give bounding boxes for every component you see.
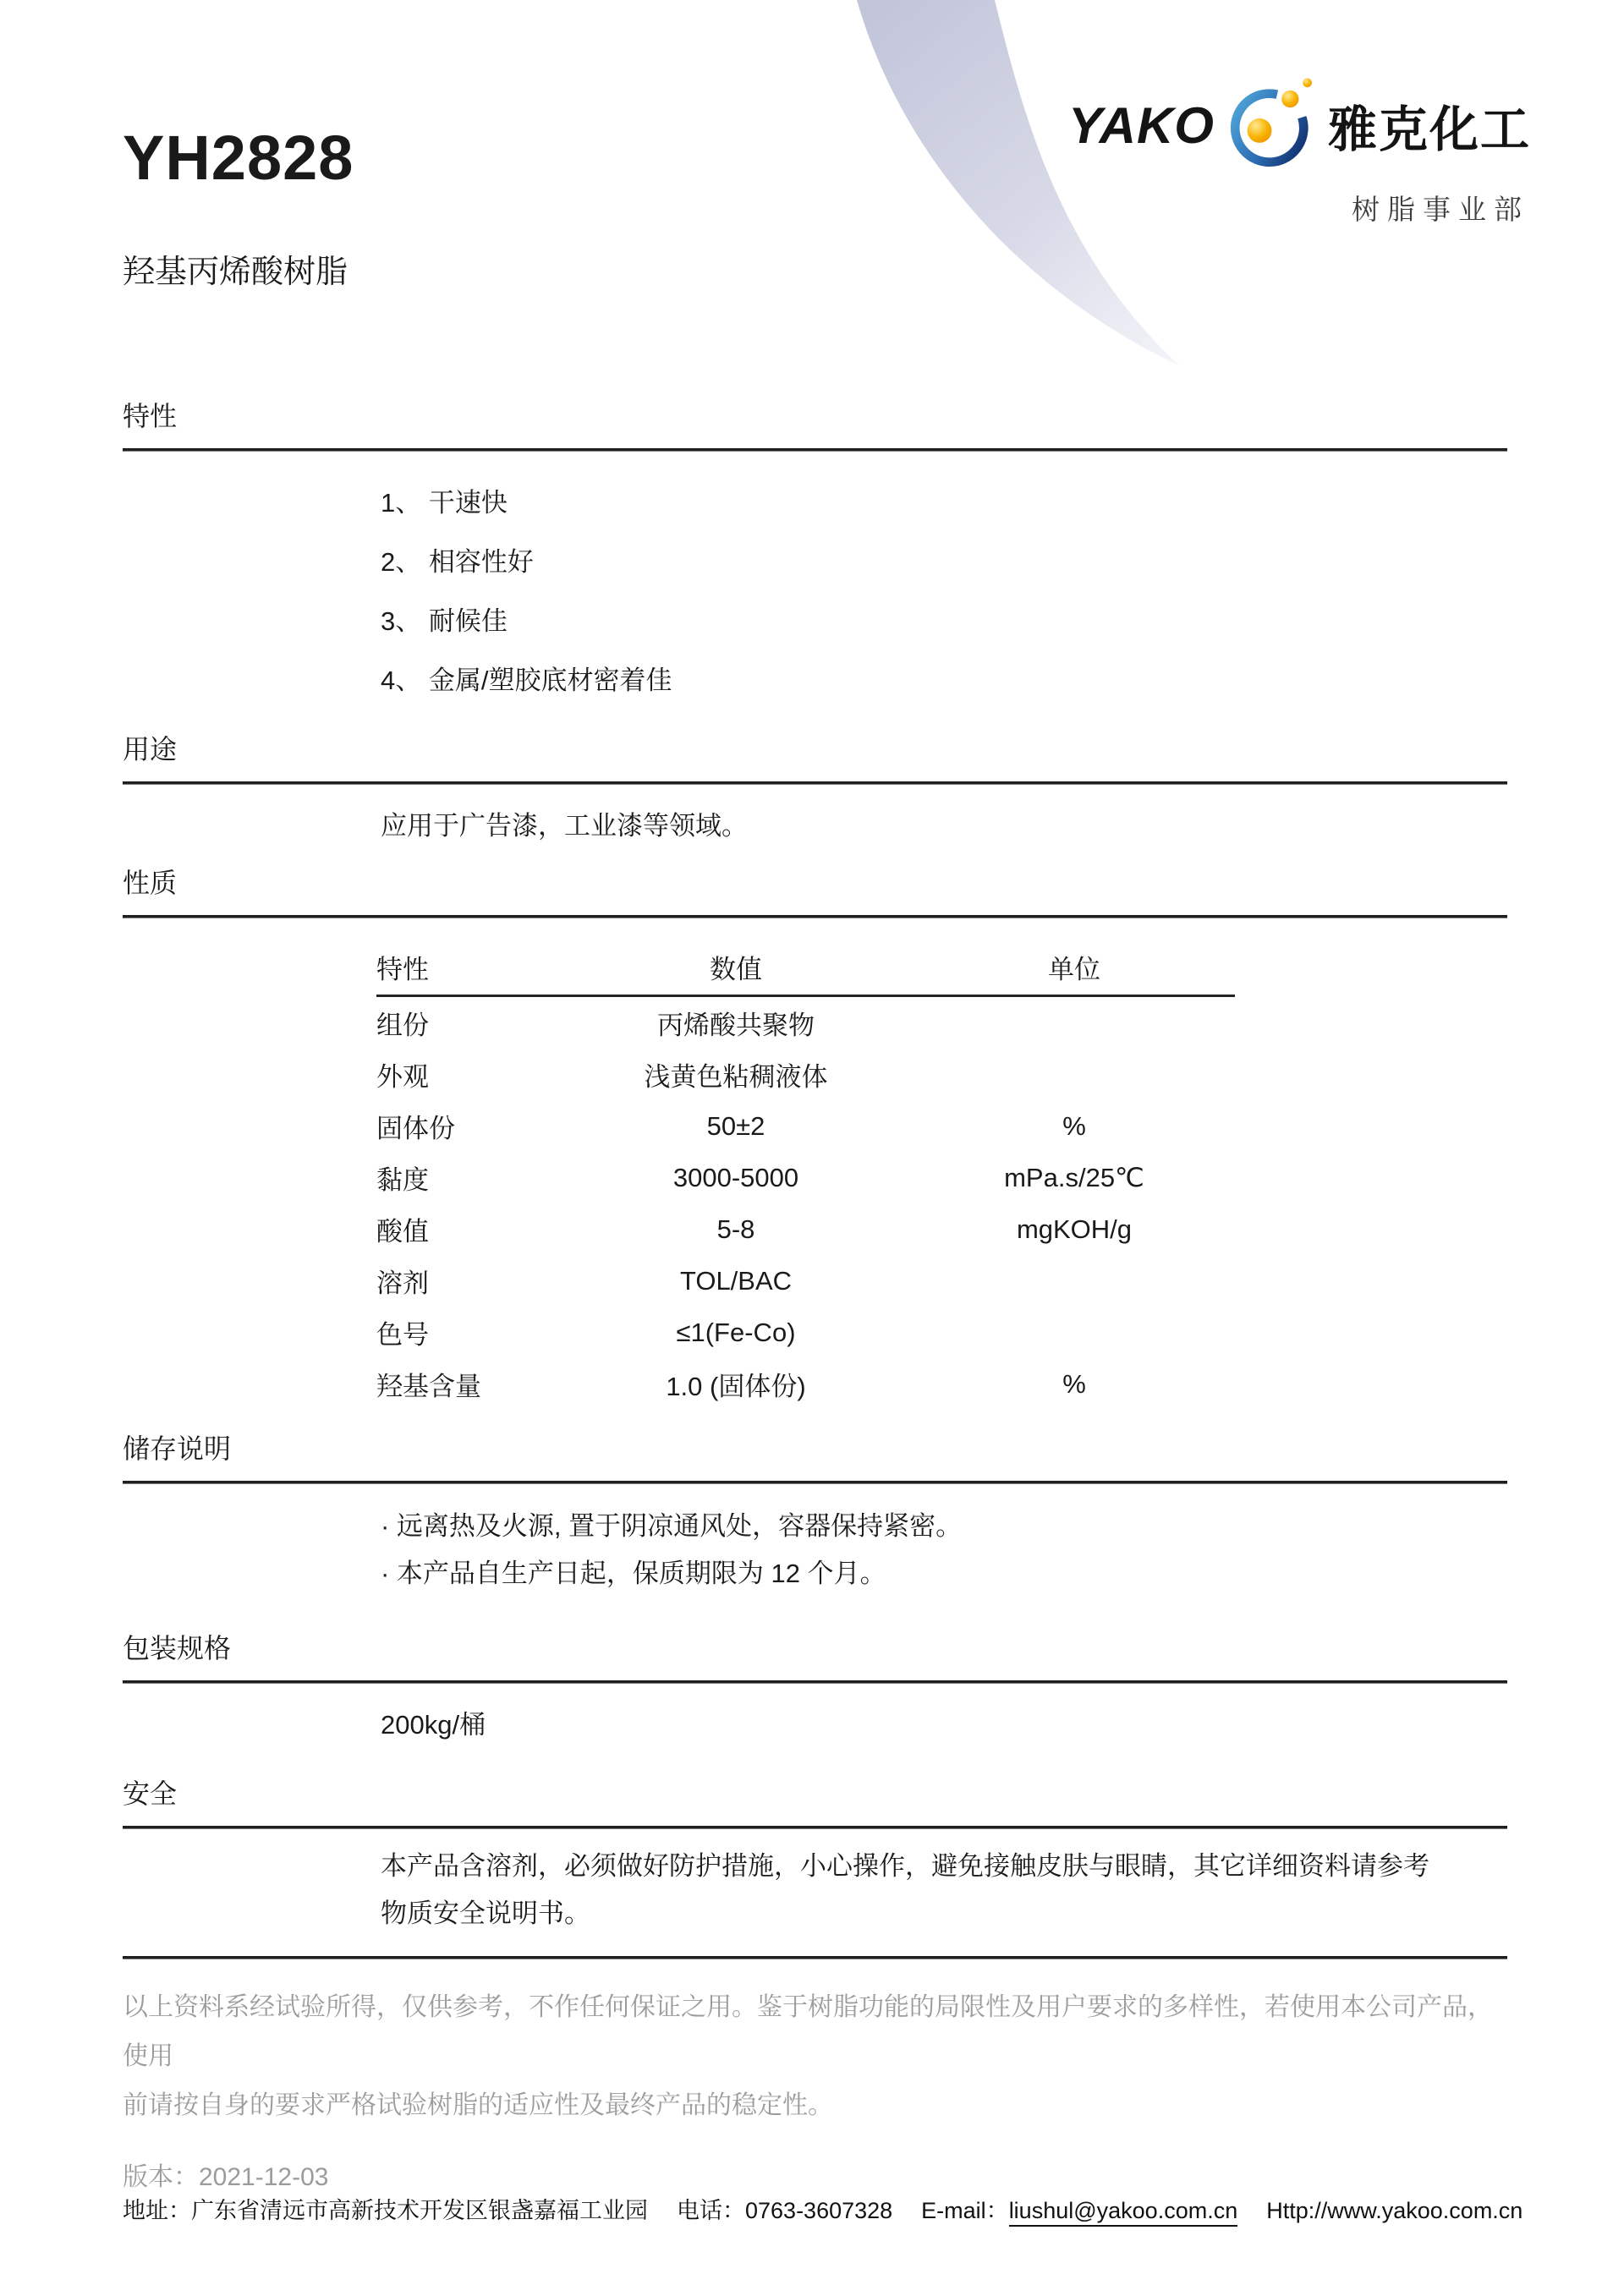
cell-unit: mPa.s/25℃ [913,1163,1235,1193]
content-column: 特性 1、 干速快 2、 相容性好 3、 耐候佳 4、 金属/塑胶底材密着佳 用… [123,399,1507,2193]
cell-property: 黏度 [376,1159,558,1197]
cell-property: 外观 [376,1055,558,1093]
section-rule [123,781,1507,785]
cell-property: 组份 [376,1004,558,1042]
feature-item: 3、 耐候佳 [381,592,1507,651]
cell-value: 丙烯酸共聚物 [558,1004,913,1042]
section-rule [123,448,1507,452]
table-row: 外观 浅黄色粘稠液体 [376,1049,1235,1100]
version-label: 版本：2021-12-03 [123,2156,1507,2193]
disclaimer-rule [123,1956,1507,1959]
cell-property: 固体份 [376,1107,558,1145]
disclaimer: 以上资料系经试验所得，仅供参考，不作任何保证之用。鉴于树脂功能的局限性及用户要求… [123,1983,1507,2130]
cell-property: 酸值 [376,1210,558,1248]
col-header-unit: 单位 [913,948,1235,986]
section-title-usage: 用途 [123,732,1507,766]
features-list: 1、 干速快 2、 相容性好 3、 耐候佳 4、 金属/塑胶底材密着佳 [381,474,1507,710]
safety-notes: 本产品含溶剂，必须做好防护措施，小心操作，避免接触皮肤与眼睛，其它详细资料请参考… [381,1843,1507,1937]
feature-item: 2、 相容性好 [381,533,1507,592]
safety-line: 物质安全说明书。 [381,1890,1507,1937]
section-title-safety: 安全 [123,1777,1507,1811]
yako-wordmark: YAKO [1068,96,1215,155]
storage-notes: · 远离热及火源, 置于阴凉通风处，容器保持紧密。 · 本产品自生产日起，保质期… [381,1503,1507,1597]
footer-email-label: E-mail： [921,2192,1009,2225]
table-row: 色号 ≤1(Fe-Co) [376,1307,1235,1358]
cell-value: 3000-5000 [558,1163,913,1193]
section-title-packaging: 包装规格 [123,1631,1507,1665]
company-logo: YAKO [1068,71,1531,227]
properties-table-header: 特性 数值 单位 [376,939,1235,995]
cell-value: 浅黄色粘稠液体 [558,1055,913,1093]
section-rule [123,1680,1507,1684]
footer-address: 地址：广东省清远市高新技术开发区银盏嘉福工业园 [123,2192,648,2225]
cell-value: 50±2 [558,1111,913,1142]
datasheet-page: YH2828 羟基丙烯酸树脂 YAKO [0,0,1624,2296]
section-rule [123,1481,1507,1484]
cell-unit: % [913,1369,1235,1400]
cell-unit: mgKOH/g [913,1214,1235,1245]
logo-row: YAKO [1068,71,1531,179]
cell-property: 色号 [376,1313,558,1351]
table-row: 黏度 3000-5000 mPa.s/25℃ [376,1152,1235,1203]
brand-name-cn: 雅克化工 [1328,90,1531,161]
cell-unit: % [913,1111,1235,1142]
feature-item: 4、 金属/塑胶底材密着佳 [381,651,1507,710]
section-rule [123,915,1507,918]
table-row: 酸值 5-8 mgKOH/g [376,1203,1235,1255]
cell-value: TOL/BAC [558,1266,913,1296]
brand-division: 树脂事业部 [1352,188,1529,227]
cell-property: 溶剂 [376,1262,558,1300]
page-title: YH2828 [123,127,354,189]
disclaimer-line: 前请按自身的要求严格试验树脂的适应性及最终产品的稳定性。 [123,2081,1507,2130]
product-subtitle: 羟基丙烯酸树脂 [123,254,348,293]
table-row: 固体份 50±2 % [376,1100,1235,1152]
col-header-value: 数值 [558,948,913,986]
properties-table: 特性 数值 单位 组份 丙烯酸共聚物 外观 浅黄色粘稠液体 固体份 50±2 % [376,939,1235,1410]
usage-text: 应用于广告漆，工业漆等领域。 [381,808,1507,844]
section-title-properties: 性质 [123,866,1507,900]
disclaimer-line: 以上资料系经试验所得，仅供参考，不作任何保证之用。鉴于树脂功能的局限性及用户要求… [123,1983,1507,2081]
footer-website: Http://www.yakoo.com.cn [1266,2198,1522,2224]
table-row: 羟基含量 1.0 (固体份) % [376,1358,1235,1410]
cell-property: 羟基含量 [376,1365,558,1403]
footer: 地址：广东省清远市高新技术开发区银盏嘉福工业园 电话：0763-3607328 … [123,2192,1522,2227]
section-rule [123,1826,1507,1829]
col-header-property: 特性 [376,948,558,986]
feature-item: 1、 干速快 [381,474,1507,533]
section-title-storage: 储存说明 [123,1432,1507,1466]
storage-line: · 远离热及火源, 置于阴凉通风处，容器保持紧密。 [381,1503,1507,1550]
cell-value: 1.0 (固体份) [558,1365,913,1403]
footer-email-link[interactable]: liushul@yakoo.com.cn [1009,2198,1238,2227]
section-title-features: 特性 [123,399,1507,433]
yako-orbit-icon [1218,71,1326,179]
table-row: 溶剂 TOL/BAC [376,1255,1235,1307]
storage-line: · 本产品自生产日起，保质期限为 12 个月。 [381,1550,1507,1597]
cell-value: 5-8 [558,1214,913,1245]
footer-phone: 电话：0763-3607328 [677,2192,892,2225]
cell-value: ≤1(Fe-Co) [558,1318,913,1348]
packaging-text: 200kg/桶 [381,1707,1507,1743]
table-row: 组份 丙烯酸共聚物 [376,997,1235,1049]
safety-line: 本产品含溶剂，必须做好防护措施，小心操作，避免接触皮肤与眼睛，其它详细资料请参考 [381,1843,1507,1890]
